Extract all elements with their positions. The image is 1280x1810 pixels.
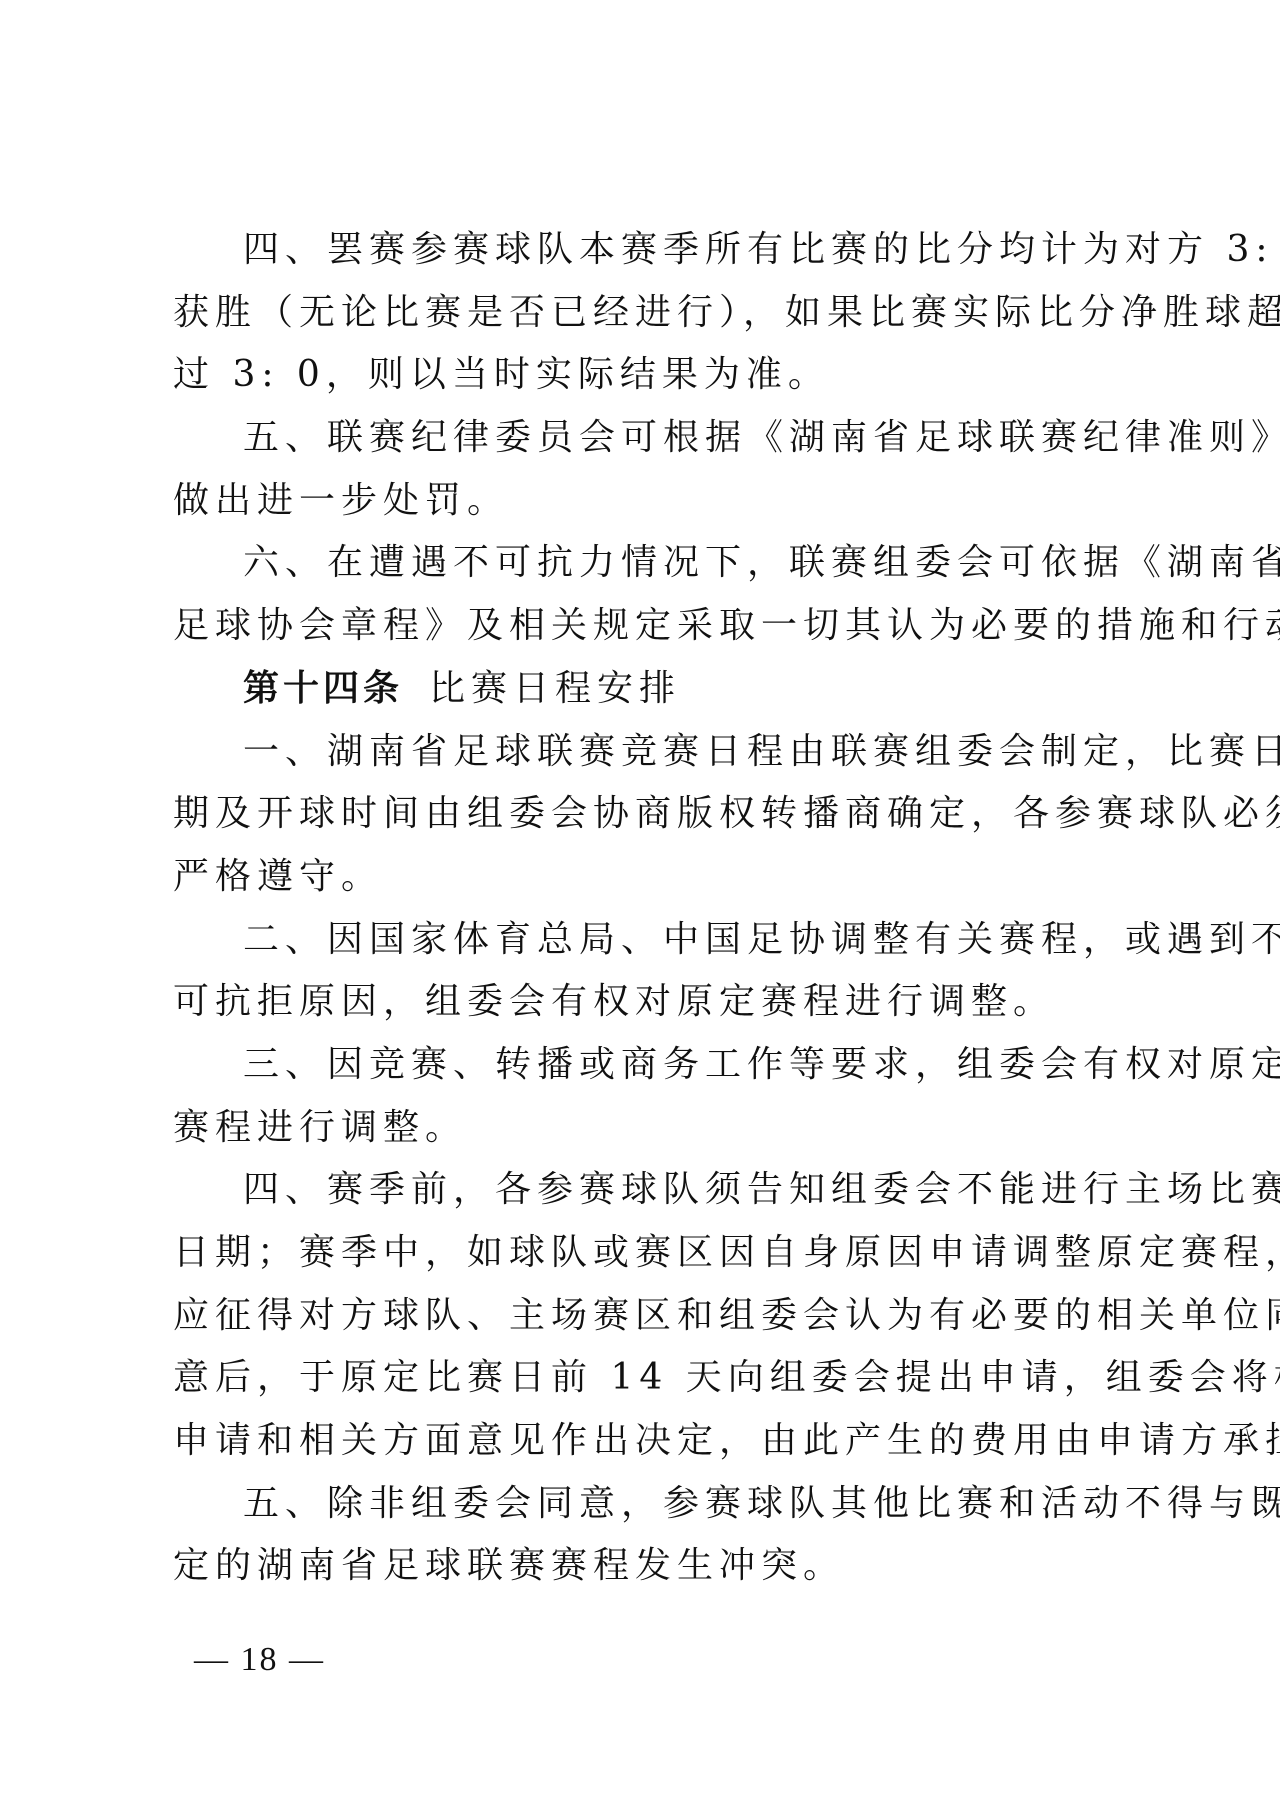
paragraph-line: 严格遵守。: [173, 846, 1109, 909]
page-number: — 18 —: [194, 1638, 325, 1682]
paragraph-line: 三、因竞赛、转播或商务工作等要求，组委会有权对原定: [173, 1034, 1109, 1097]
paragraph-line: 可抗拒原因，组委会有权对原定赛程进行调整。: [173, 971, 1109, 1034]
paragraph-line: 获胜（无论比赛是否已经进行），如果比赛实际比分净胜球超: [173, 282, 1109, 345]
paragraph-line: 意后，于原定比赛日前 14 天向组委会提出申请，组委会将根据: [173, 1347, 1109, 1410]
paragraph-line: 赛程进行调整。: [173, 1097, 1109, 1160]
paragraph-line: 四、罢赛参赛球队本赛季所有比赛的比分均计为对方 3: 0: [173, 219, 1109, 282]
paragraph-line: 期及开球时间由组委会协商版权转播商确定，各参赛球队必须: [173, 783, 1109, 846]
document-body: 四、罢赛参赛球队本赛季所有比赛的比分均计为对方 3: 0 获胜（无论比赛是否已经…: [173, 219, 1109, 1598]
paragraph-line: 六、在遭遇不可抗力情况下，联赛组委会可依据《湖南省: [173, 532, 1109, 595]
paragraph-line: 过 3: 0，则以当时实际结果为准。: [173, 344, 1109, 407]
paragraph-line: 四、赛季前，各参赛球队须告知组委会不能进行主场比赛: [173, 1159, 1109, 1222]
document-page: 四、罢赛参赛球队本赛季所有比赛的比分均计为对方 3: 0 获胜（无论比赛是否已经…: [0, 0, 1280, 1810]
paragraph-line: 五、除非组委会同意，参赛球队其他比赛和活动不得与既: [173, 1473, 1109, 1536]
paragraph-line: 足球协会章程》及相关规定采取一切其认为必要的措施和行动。: [173, 595, 1109, 658]
paragraph-line: 申请和相关方面意见作出决定，由此产生的费用由申请方承担。: [173, 1410, 1109, 1473]
paragraph-line: 一、湖南省足球联赛竞赛日程由联赛组委会制定，比赛日: [173, 721, 1109, 784]
paragraph-line: 二、因国家体育总局、中国足协调整有关赛程，或遇到不: [173, 909, 1109, 972]
paragraph-line: 做出进一步处罚。: [173, 470, 1109, 533]
article-number: 第十四条: [243, 668, 403, 709]
paragraph-line: 五、联赛纪律委员会可根据《湖南省足球联赛纪律准则》: [173, 407, 1109, 470]
article-title: 比赛日程安排: [429, 668, 681, 709]
article-heading: 第十四条比赛日程安排: [173, 658, 1109, 721]
paragraph-line: 定的湖南省足球联赛赛程发生冲突。: [173, 1535, 1109, 1598]
paragraph-line: 应征得对方球队、主场赛区和组委会认为有必要的相关单位同: [173, 1285, 1109, 1348]
paragraph-line: 日期；赛季中，如球队或赛区因自身原因申请调整原定赛程，: [173, 1222, 1109, 1285]
